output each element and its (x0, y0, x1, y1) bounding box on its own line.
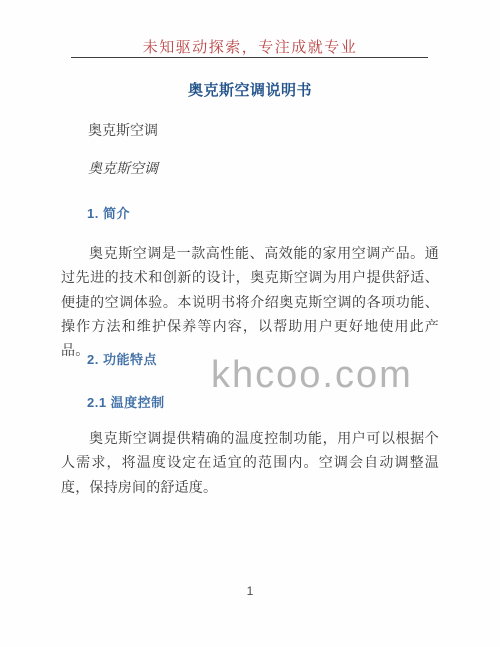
page-number: 1 (0, 584, 500, 598)
section-2-1-heading: 2.1 温度控制 (87, 392, 165, 411)
header-divider (71, 57, 428, 58)
product-name: 奥克斯空调 (88, 120, 158, 140)
section-2-1-paragraph: 奥克斯空调提供精确的温度控制功能，用户可以根据个人需求，将温度设定在适宜的范围内… (61, 426, 439, 499)
section-2-heading: 2. 功能特点 (87, 349, 157, 368)
section-1-paragraph: 奥克斯空调是一款高性能、高效能的家用空调产品。通过先进的技术和创新的设计，奥克斯… (61, 241, 439, 362)
document-page: 未知驱动探索，专注成就专业 奥克斯空调说明书 奥克斯空调 奥克斯空调 1. 简介… (0, 0, 500, 647)
section-1-heading: 1. 简介 (87, 203, 130, 222)
watermark-text: khcoo.com (211, 354, 413, 397)
doc-title: 奥克斯空调说明书 (0, 79, 500, 100)
header-slogan: 未知驱动探索，专注成就专业 (0, 36, 500, 57)
product-name-italic: 奥克斯空调 (88, 158, 158, 178)
